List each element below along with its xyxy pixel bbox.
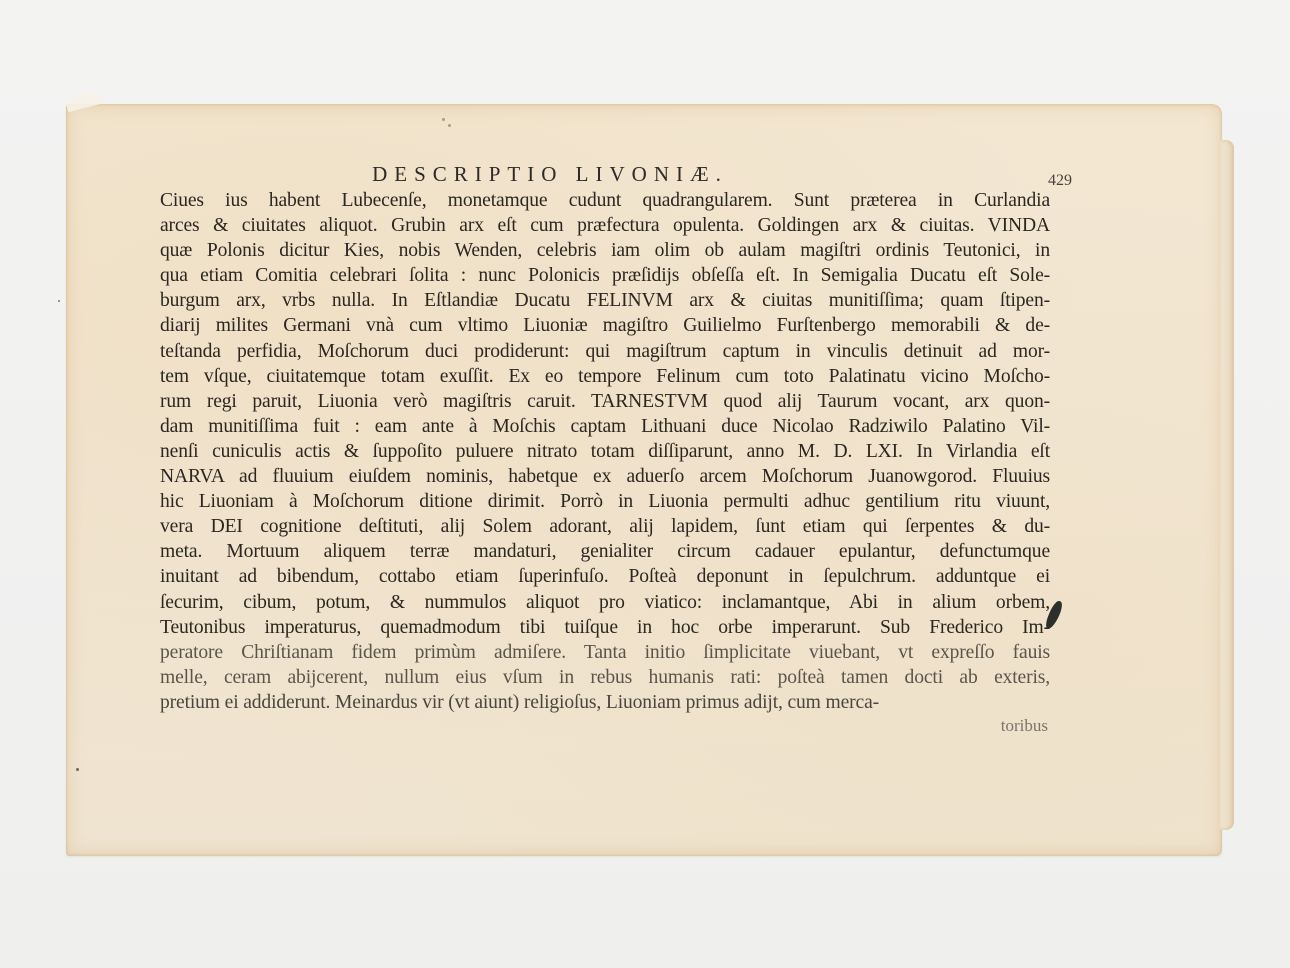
page-text: DESCRIPTIO LIVONIÆ. Ciues ius habent Lub… bbox=[160, 162, 1050, 737]
text-line: meta. Mortuum aliquem terræ mandaturi, g… bbox=[160, 539, 1050, 564]
text-line: dam munitiſſima fuit : eam ante à Moſchi… bbox=[160, 414, 1050, 439]
text-line: tem vſque, ciuitatemque totam exuſſit. E… bbox=[160, 364, 1050, 389]
text-line: rum regi paruit, Liuonia verò magiſtris … bbox=[160, 389, 1050, 414]
text-line: NARVA ad fluuium eiuſdem nominis, habetq… bbox=[160, 464, 1050, 489]
text-line: hic Liuoniam à Moſchorum ditione dirimit… bbox=[160, 489, 1050, 514]
text-line: diarij milites Germani vnà cum vltimo Li… bbox=[160, 313, 1050, 338]
text-line: Teutonibus imperaturus, quemadmodum tibi… bbox=[160, 615, 1050, 640]
ink-speck bbox=[76, 768, 79, 771]
ink-speck bbox=[442, 118, 445, 121]
page-right-edge bbox=[1220, 140, 1234, 830]
page-number: 429 bbox=[1048, 172, 1072, 190]
photo-backdrop: DESCRIPTIO LIVONIÆ. Ciues ius habent Lub… bbox=[0, 0, 1290, 968]
text-line: Ciues ius habent Lubecenſe, monetamque c… bbox=[160, 188, 1050, 213]
text-line: vera DEI cognitione deſtituti, alij Sole… bbox=[160, 514, 1050, 539]
antique-book-page: DESCRIPTIO LIVONIÆ. Ciues ius habent Lub… bbox=[66, 104, 1222, 856]
text-line: teſtanda perfidia, Moſchorum duci prodid… bbox=[160, 339, 1050, 364]
ink-speck bbox=[58, 300, 60, 302]
text-line: ſecurim, cibum, potum, & nummulos aliquo… bbox=[160, 590, 1050, 615]
text-line: arces & ciuitates aliquot. Grubin arx eſ… bbox=[160, 213, 1050, 238]
text-line: nenſi cuniculis actis & ſuppoſito puluer… bbox=[160, 439, 1050, 464]
text-line: qua etiam Comitia celebrari ſolita : nun… bbox=[160, 263, 1050, 288]
running-head: DESCRIPTIO LIVONIÆ. bbox=[290, 162, 810, 188]
text-line: quæ Polonis dicitur Kies, nobis Wenden, … bbox=[160, 238, 1050, 263]
text-line: melle, ceram abijcerent, nullum eius vſu… bbox=[160, 665, 1050, 690]
ink-speck bbox=[448, 124, 451, 127]
text-line: pretium ei addiderunt. Meinardus vir (vt… bbox=[160, 690, 1050, 715]
torn-corner bbox=[65, 90, 103, 112]
text-line: inuitant ad bibendum, cottabo etiam ſupe… bbox=[160, 564, 1050, 589]
catchword: toribus bbox=[160, 715, 1050, 737]
text-line: burgum arx, vrbs nulla. In Eſtlandiæ Duc… bbox=[160, 288, 1050, 313]
text-line: peratore Chriſtianam fidem primùm admiſe… bbox=[160, 640, 1050, 665]
